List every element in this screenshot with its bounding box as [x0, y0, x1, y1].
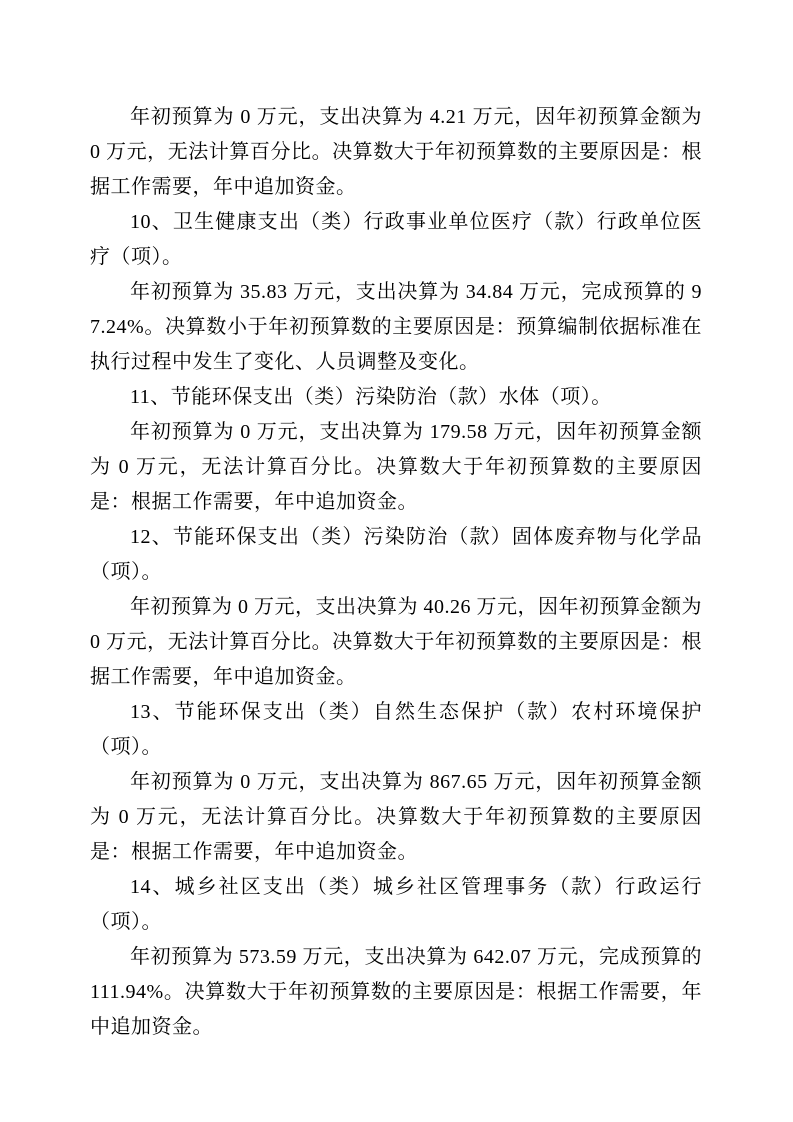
paragraph-item10-heading: 10、卫生健康支出（类）行政事业单位医疗（款）行政单位医疗（项）。: [90, 205, 702, 275]
document-page: 年初预算为 0 万元，支出决算为 4.21 万元，因年初预算金额为 0 万元，无…: [0, 0, 793, 1122]
paragraph-item13-heading: 13、节能环保支出（类）自然生态保护（款）农村环境保护（项）。: [90, 695, 702, 765]
document-body: 年初预算为 0 万元，支出决算为 4.21 万元，因年初预算金额为 0 万元，无…: [90, 100, 702, 1045]
paragraph-item9-detail: 年初预算为 0 万元，支出决算为 4.21 万元，因年初预算金额为 0 万元，无…: [90, 100, 702, 205]
paragraph-item12-detail: 年初预算为 0 万元，支出决算为 40.26 万元，因年初预算金额为 0 万元，…: [90, 590, 702, 695]
paragraph-item12-heading: 12、节能环保支出（类）污染防治（款）固体废弃物与化学品（项）。: [90, 520, 702, 590]
paragraph-item11-heading: 11、节能环保支出（类）污染防治（款）水体（项）。: [90, 380, 702, 415]
paragraph-item14-detail: 年初预算为 573.59 万元，支出决算为 642.07 万元，完成预算的 11…: [90, 940, 702, 1045]
paragraph-item11-detail: 年初预算为 0 万元，支出决算为 179.58 万元，因年初预算金额为 0 万元…: [90, 415, 702, 520]
paragraph-item10-detail: 年初预算为 35.83 万元，支出决算为 34.84 万元，完成预算的 97.2…: [90, 275, 702, 380]
paragraph-item14-heading: 14、城乡社区支出（类）城乡社区管理事务（款）行政运行（项）。: [90, 870, 702, 940]
paragraph-item13-detail: 年初预算为 0 万元，支出决算为 867.65 万元，因年初预算金额为 0 万元…: [90, 765, 702, 870]
